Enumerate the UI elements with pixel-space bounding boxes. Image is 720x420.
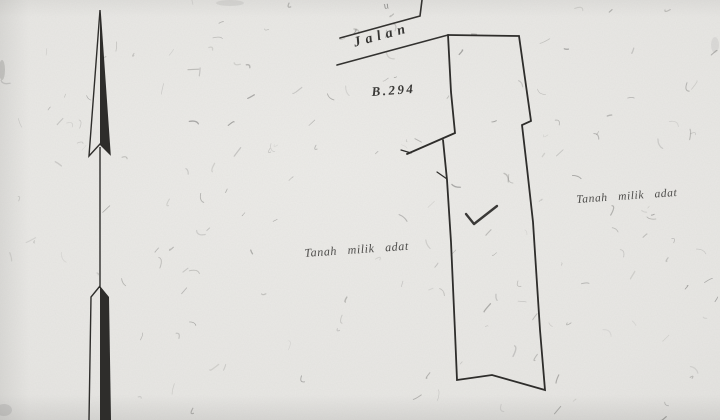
parcel-number-label: B.294 [371,81,416,100]
scanned-cadastral-map: Jalan B.294 Tanah milik adat Tanah milik… [0,0,720,420]
map-artwork [0,0,720,420]
